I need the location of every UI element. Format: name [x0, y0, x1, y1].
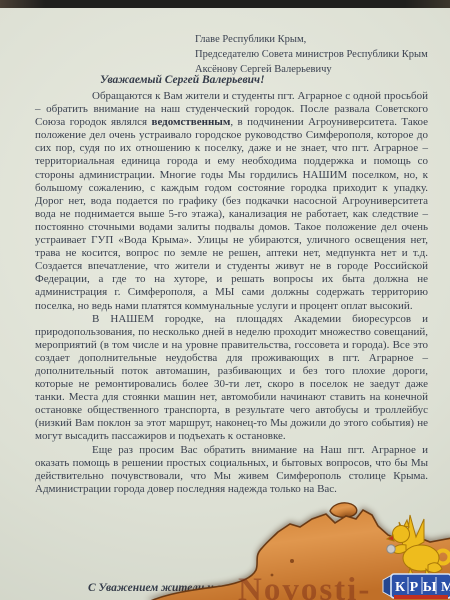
- closing-line: С Уважением жители и студен: [88, 582, 388, 594]
- recipient-line: Председателю Совета министров Республики…: [195, 47, 435, 62]
- salutation: Уважаемый Сергей Валерьевич!: [100, 74, 420, 86]
- screenshot-root: { "colors": { "paper": "#dfe2d6", "ink":…: [0, 0, 450, 600]
- text-segment: В НАШЕМ городке, на площадях Академии би…: [35, 313, 428, 443]
- recipient-block: Главе Республики Крым, Председателю Сове…: [195, 32, 435, 77]
- letter-body: Обращаются к Вам жители и студенты пгт. …: [35, 90, 428, 496]
- paragraph: В НАШЕМ городке, на площадях Академии би…: [35, 313, 428, 444]
- text-segment: Еще раз просим Вас обратить внимание на …: [35, 444, 428, 495]
- text-segment: ведомственным: [152, 116, 231, 128]
- paragraph: Обращаются к Вам жители и студенты пгт. …: [35, 90, 428, 313]
- photo-top-edge: [0, 0, 450, 8]
- pen-mark-dot: [265, 561, 268, 565]
- paragraph: Еще раз просим Вас обратить внимание на …: [35, 444, 428, 496]
- document-page: Главе Республики Крым, Председателю Сове…: [0, 8, 450, 600]
- text-segment: , в подчинении Агроуниверситета. Такое п…: [35, 116, 428, 311]
- recipient-line: Главе Республики Крым,: [195, 32, 435, 47]
